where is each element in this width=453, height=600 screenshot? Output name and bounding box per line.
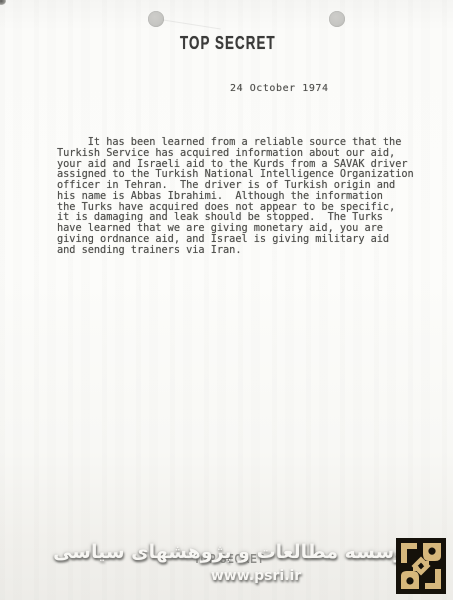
watermark-institute-name: مؤسسه مطالعات و پژوهشهای سیاسی <box>18 539 453 565</box>
document-body-text: It has been learned from a reliable sour… <box>57 137 414 255</box>
classification-stamp-top: TOP SECRET <box>180 32 276 54</box>
scan-corner-artifact <box>0 0 6 5</box>
psri-logo-icon <box>396 538 446 594</box>
scanned-document-page: TOP SECRET 24 October 1974 It has been l… <box>0 0 453 600</box>
watermark-website-url: www.psri.ir <box>100 568 412 584</box>
hole-punch-right <box>329 11 345 27</box>
hole-punch-left <box>148 11 164 27</box>
scan-scratch-artifact <box>163 19 220 29</box>
document-date: 24 October 1974 <box>230 83 329 94</box>
